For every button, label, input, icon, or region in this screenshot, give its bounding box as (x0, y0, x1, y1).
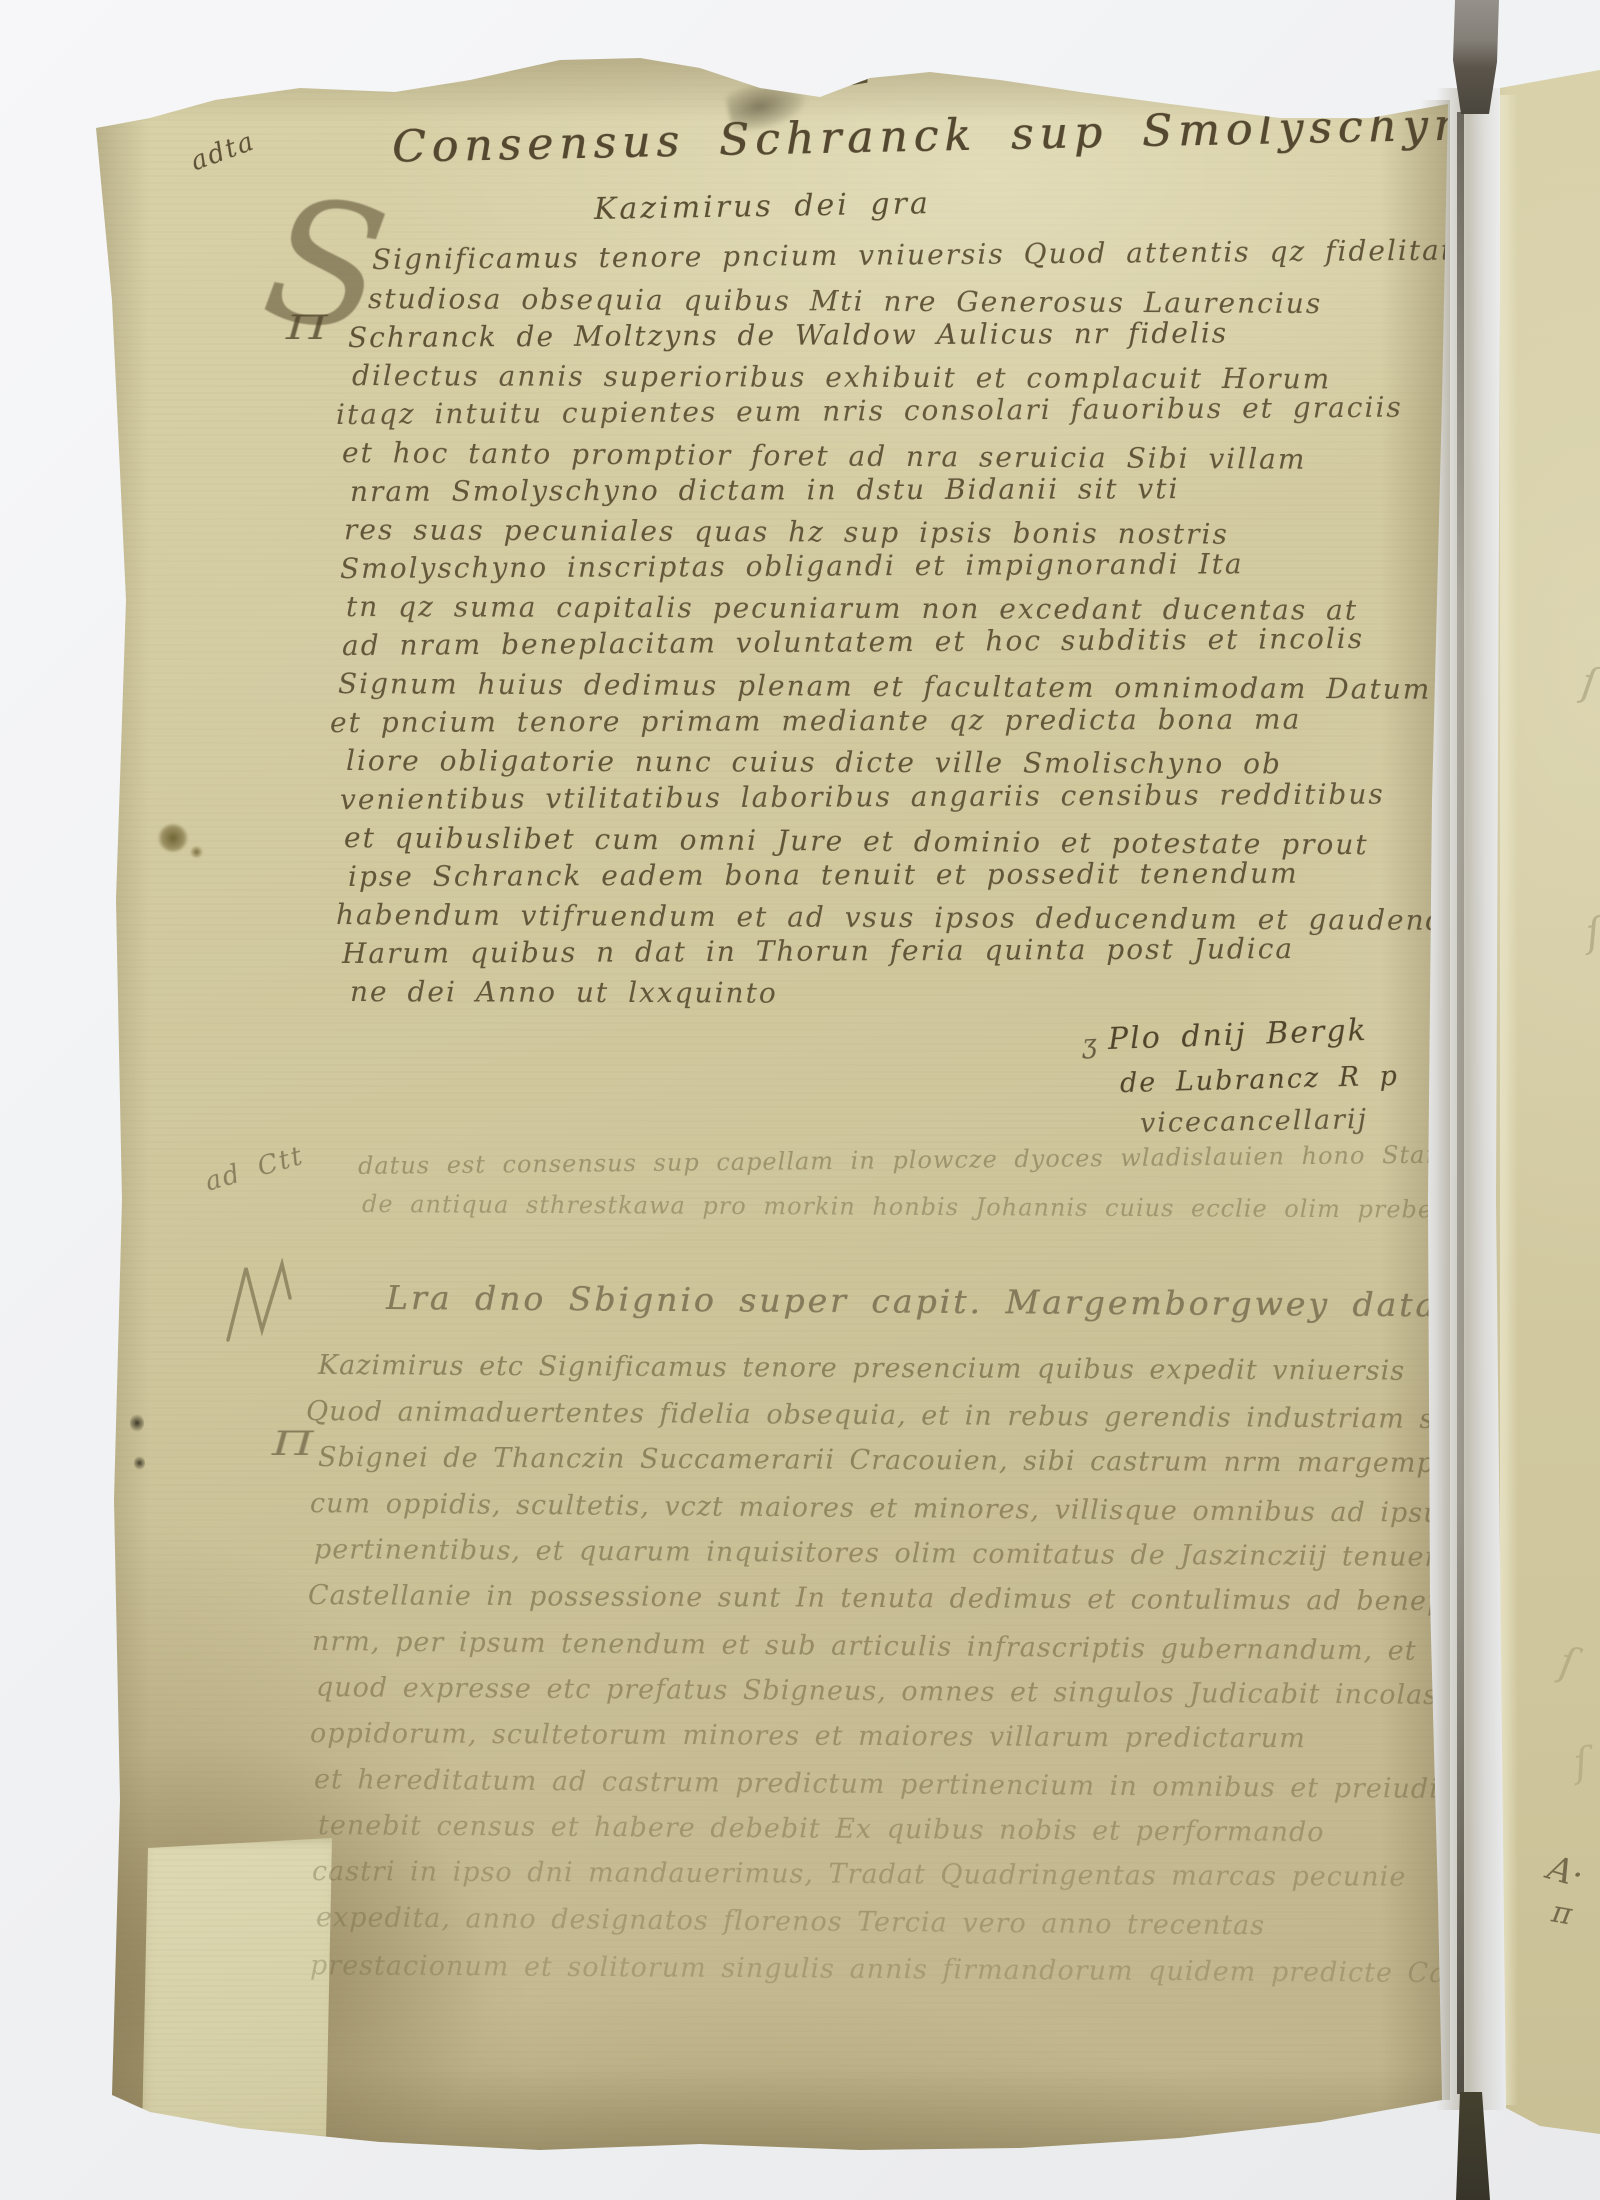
manuscript-line: Castellanie in possessione sunt In tenut… (308, 1580, 1555, 1618)
manuscript-line: habendum vtifruendum et ad vsus ipsos de… (336, 898, 1494, 937)
manuscript-line: Schranck de Moltzyns de Waldow Aulicus n… (348, 316, 1228, 354)
manuscript-line: ne dei Anno ut lxxquinto (350, 975, 778, 1009)
manuscript-line: de antiqua sthrestkawa pro morkin honbis… (362, 1190, 1488, 1224)
margin-note: ad Ctt (202, 1141, 308, 1198)
manuscript-line: oppidorum, scultetorum minores et maiore… (310, 1718, 1306, 1754)
ink-stain (158, 824, 188, 852)
manuscript-line: Sbignei de Thanczin Succamerarii Cracoui… (318, 1442, 1553, 1479)
edge-ink-speck (134, 1456, 145, 1470)
bleedthrough-stroke: ſ (1579, 659, 1600, 707)
manuscript-line: castri in ipso dni mandauerimus, Tradat … (312, 1856, 1406, 1893)
bleedthrough-stroke: ſ (1584, 909, 1600, 956)
manuscript-line: et hoc tanto promptior foret ad nra seru… (342, 436, 1307, 476)
manuscript-line: itaqz intuitu cupientes eum nris consola… (336, 391, 1403, 431)
ink-stain (190, 846, 203, 858)
manuscript-line: datus est consensus sup capellam in plow… (358, 1140, 1504, 1180)
bleedthrough-stroke: ſ (1556, 1639, 1579, 1687)
manuscript-line: res suas pecuniales quas hz sup ipsis bo… (344, 513, 1229, 551)
edge-ink-speck (130, 1414, 144, 1432)
manuscript-line: nrm, per ipsum tenendum et sub articulis… (312, 1626, 1517, 1668)
next-page-pen-mark: π (1549, 1895, 1574, 1933)
manuscript-line: Kazimirus etc Significamus tenore presen… (318, 1350, 1405, 1387)
manuscript-line: dilectus annis superioribus exhibuit et … (352, 359, 1331, 395)
signature-line: de Lubrancz R p (1120, 1061, 1400, 1099)
next-page-pen-mark: A· (1543, 1848, 1588, 1896)
manuscript-line: Significamus tenore pncium vniuersis Quo… (372, 233, 1482, 276)
gutter-shadow (1436, 88, 1506, 2110)
manuscript-scan: ſ ſ ſ ſ A· π 132 adta Consensus Schranck… (0, 0, 1600, 2200)
manuscript-page: 132 adta Consensus Schranck sup Smolysch… (0, 0, 1600, 2200)
paragraph-mark: Π (272, 1424, 314, 1464)
margin-flourish-icon (220, 1258, 310, 1348)
section2-heading: Lra dno Sbignio super capit. Margemborgw… (386, 1278, 1438, 1324)
binding-strap-middle (1457, 112, 1464, 2094)
manuscript-line: pertinentibus, et quarum inquisitores ol… (314, 1534, 1487, 1573)
manuscript-line: Quod animaduertentes fidelia obsequia, e… (306, 1396, 1524, 1435)
manuscript-line: ipse Schranck eadem bona tenuit et posse… (348, 857, 1299, 893)
manuscript-line: nram Smolyschyno dictam in dstu Bidanii … (350, 472, 1180, 508)
paragraph-mark: Π (286, 308, 328, 348)
repair-patch (140, 1838, 340, 2143)
manuscript-line: Harum quibus n dat in Thorun feria quint… (342, 932, 1294, 970)
manuscript-line: studiosa obsequia quibus Mti nre Generos… (368, 282, 1322, 320)
signature-flourish: ʒ (1081, 1029, 1099, 1060)
section1-subheading: Kazimirus dei gra (594, 186, 931, 227)
manuscript-line: ad nram beneplacitam voluntatem et hoc s… (342, 622, 1364, 662)
manuscript-line: Signum huius dedimus plenam et facultate… (338, 667, 1431, 706)
manuscript-line: liore obligatorie nunc cuius dicte ville… (346, 744, 1282, 780)
manuscript-line: et pncium tenore primam mediante qz pred… (330, 703, 1301, 739)
manuscript-line: cum oppidis, scultetis, vczt maiores et … (310, 1488, 1468, 1529)
bleedthrough-stroke: ſ (1571, 1739, 1592, 1787)
signature-line: Plo dnij Bergk (1107, 1013, 1368, 1057)
manuscript-line: venientibus vtilitatibus laboribus angar… (340, 778, 1385, 816)
signature-line: vicecancellarij (1140, 1104, 1368, 1139)
manuscript-line: Smolyschyno inscriptas obligandi et impi… (340, 547, 1244, 585)
manuscript-line: tn qz suma capitalis pecuniarum non exce… (346, 590, 1358, 627)
manuscript-line: et quibuslibet cum omni Jure et dominio … (344, 821, 1369, 861)
